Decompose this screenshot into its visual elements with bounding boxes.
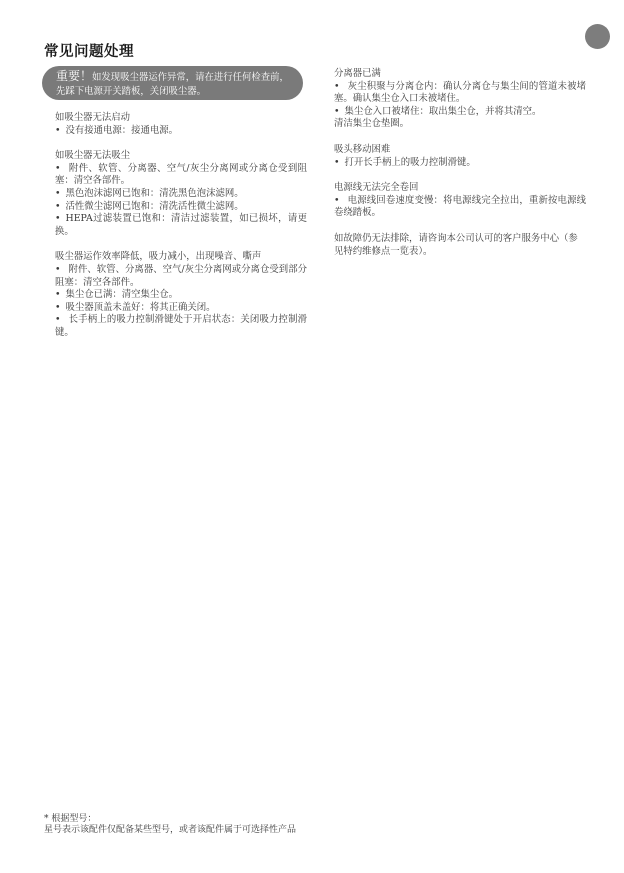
right-column: 分离器已满 • 灰尘积聚与分离仓内：确认分离仓与集尘间的管道未被堵塞。确认集尘仓… (334, 68, 586, 271)
list-item: •集尘仓入口被堵住：取出集尘仓，并将其清空。 (334, 106, 586, 119)
bullet-icon: • (55, 264, 61, 275)
left-column: 如吸尘器无法启动 •没有接通电源：接通电源。 如吸尘器无法吸尘 • 附件、软管、… (55, 112, 307, 353)
closing-text: 如故障仍无法排除，请咨询本公司认可的客户服务中心（参见特约维修点一览表）。 (334, 233, 586, 258)
section-separator-full: 分离器已满 • 灰尘积聚与分离仓内：确认分离仓与集尘间的管道未被堵塞。确认集尘仓… (334, 68, 586, 131)
list-item-extra: 清洁集尘仓垫圈。 (334, 118, 586, 131)
list-item: •没有接通电源：接通电源。 (55, 125, 307, 138)
page-marker-circle (585, 24, 610, 49)
section-title: 如吸尘器无法启动 (55, 112, 307, 125)
bullet-icon: • (334, 81, 340, 92)
list-item: • 长手柄上的吸力控制滑键处于开启状态：关闭吸力控制滑键。 (55, 314, 307, 339)
section-head-hard-to-move: 吸头移动困难 •打开长手柄上的吸力控制滑键。 (334, 144, 586, 169)
section-title: 吸尘器运作效率降低，吸力减小，出现噪音、嘶声 (55, 251, 307, 264)
list-item: •活性微尘滤网已饱和：清洗活性微尘滤网。 (55, 201, 307, 214)
bullet-icon: • (55, 314, 61, 325)
list-item: •HEPA过滤装置已饱和：清洁过滤装置，如已损坏，请更换。 (55, 213, 307, 238)
bullet-icon: • (334, 195, 340, 206)
important-notice: 重要！如发现吸尘器运作异常，请在进行任何检查前，先踩下电源开关踏板，关闭吸尘器。 (42, 66, 303, 100)
bullet-icon: • (55, 302, 61, 313)
list-item: •打开长手柄上的吸力控制滑键。 (334, 157, 586, 170)
section-reduced-efficiency: 吸尘器运作效率降低，吸力减小，出现噪音、嘶声 • 附件、软管、分离器、空气/灰尘… (55, 251, 307, 339)
important-lead: 重要！ (56, 69, 92, 83)
section-wont-start: 如吸尘器无法启动 •没有接通电源：接通电源。 (55, 112, 307, 137)
section-title: 分离器已满 (334, 68, 586, 81)
section-title: 电源线无法完全卷回 (334, 182, 586, 195)
footnote: * 根据型号： 星号表示该配件仅配备某些型号，或者该配件属于可选择性产品 (44, 814, 364, 836)
section-cord-rewind: 电源线无法完全卷回 • 电源线回卷速度变慢：将电源线完全拉出，重新按电源线卷绕踏… (334, 182, 586, 220)
closing-note: 如故障仍无法排除，请咨询本公司认可的客户服务中心（参见特约维修点一览表）。 (334, 233, 586, 258)
section-title: 如吸尘器无法吸尘 (55, 150, 307, 163)
footnote-line-1: * 根据型号： (44, 814, 364, 825)
section-title: 吸头移动困难 (334, 144, 586, 157)
section-no-suction: 如吸尘器无法吸尘 • 附件、软管、分离器、空气/灰尘分离网或分离仓受到阻塞：清空… (55, 150, 307, 238)
page-title: 常见问题处理 (44, 40, 134, 61)
list-item: •吸尘器顶盖未盖好：将其正确关闭。 (55, 302, 307, 315)
list-item: • 附件、软管、分离器、空气/灰尘分离网或分离仓受到部分阻塞：清空各部件。 (55, 264, 307, 289)
bullet-icon: • (55, 289, 61, 300)
list-item: •集尘仓已满：清空集尘仓。 (55, 289, 307, 302)
bullet-icon: • (334, 106, 340, 117)
list-item: • 灰尘积聚与分离仓内：确认分离仓与集尘间的管道未被堵塞。确认集尘仓入口未被堵住… (334, 81, 586, 106)
footnote-line-2: 星号表示该配件仅配备某些型号，或者该配件属于可选择性产品 (44, 825, 364, 836)
list-item: •黑色泡沫滤网已饱和：清洗黑色泡沫滤网。 (55, 188, 307, 201)
bullet-icon: • (55, 163, 61, 174)
bullet-icon: • (55, 201, 61, 212)
list-item: • 附件、软管、分离器、空气/灰尘分离网或分离仓受到阻塞：清空各部件。 (55, 163, 307, 188)
list-item: • 电源线回卷速度变慢：将电源线完全拉出，重新按电源线卷绕踏板。 (334, 195, 586, 220)
bullet-icon: • (55, 213, 61, 224)
bullet-icon: • (55, 188, 61, 199)
bullet-icon: • (55, 125, 61, 136)
bullet-icon: • (334, 157, 340, 168)
